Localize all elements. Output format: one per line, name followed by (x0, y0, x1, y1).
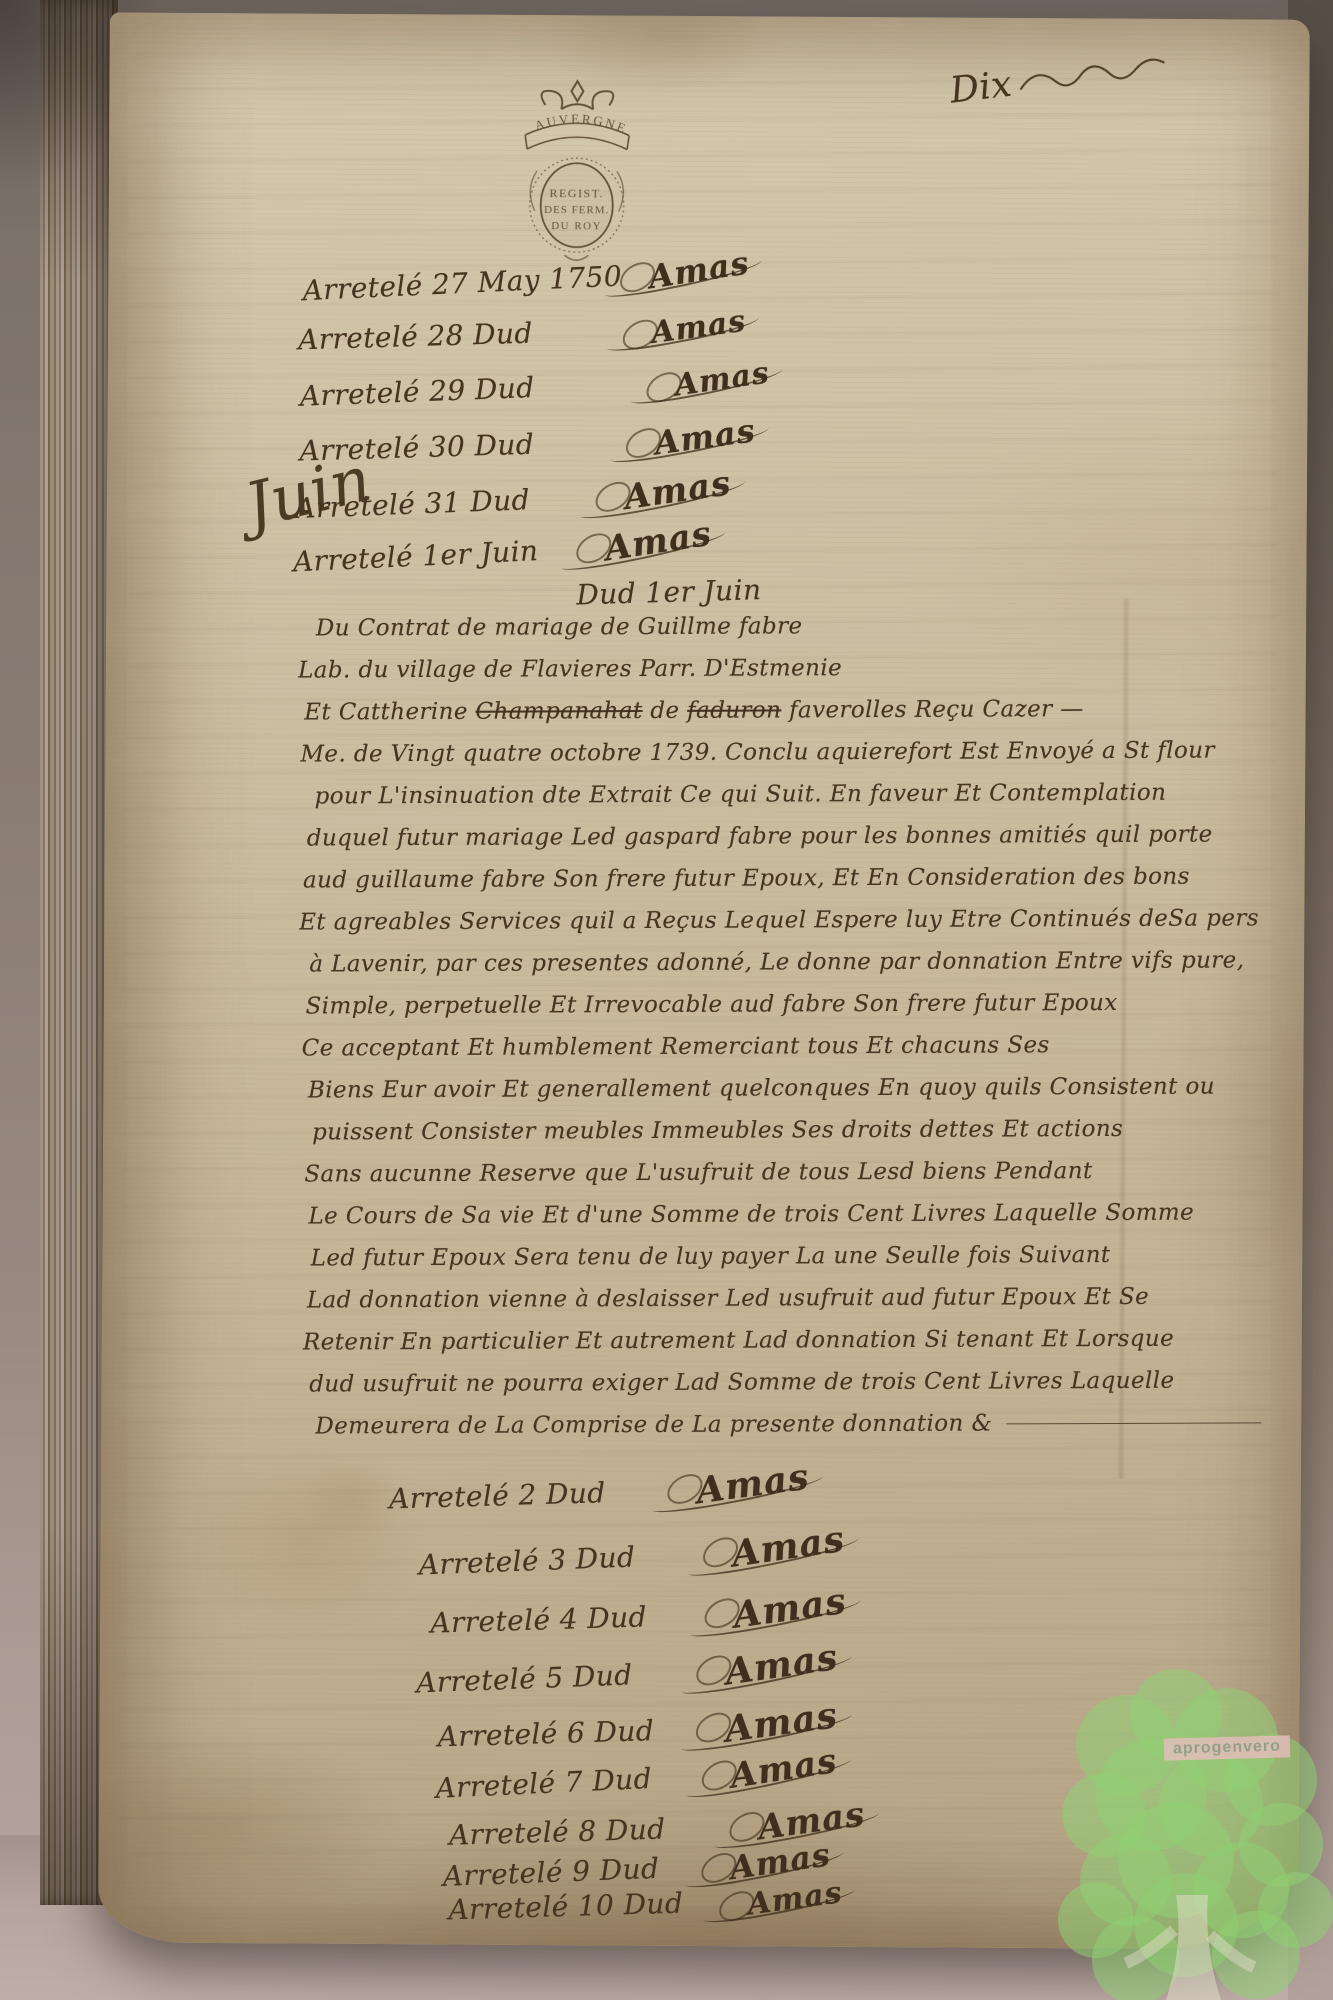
stamp-line2: DES FERM. (544, 204, 609, 216)
entry-text: Arretelé 8 Dud (449, 1812, 666, 1851)
entry-text: Arretelé 10 Dud (448, 1887, 684, 1927)
manuscript-line: Led futur Epoux Sera tenu de luy payer L… (311, 1242, 1061, 1287)
folio-annotation-word: Dix (948, 64, 1014, 112)
manuscript-line: puissent Consister meubles Immeubles Ses… (312, 1116, 1060, 1161)
signature: Amas (745, 1875, 844, 1922)
manuscript-line: Lab. du village de Flavieres Parr. D'Est… (298, 654, 1058, 699)
manuscript-line: Ce acceptant Et humblement Remerciant to… (302, 1032, 1060, 1077)
arrete-list-top: Arretelé 27 May 1750AmasArretelé 28 DudA… (110, 12, 1310, 19)
tree-watermark-icon (1056, 1655, 1333, 2000)
photo-backdrop: AUVERGNE REGIST. DES FERM. DU ROY Dix Ju… (0, 0, 1333, 2000)
entry-text: Arretelé 2 Dud (389, 1476, 606, 1515)
manuscript-line: duquel futur mariage Led gaspard fabre p… (307, 822, 1059, 867)
auvergne-control-stamp-icon: AUVERGNE REGIST. DES FERM. DU ROY (514, 79, 639, 278)
manuscript-line: pour L'insinuation dte Extrait Ce qui Su… (315, 780, 1059, 825)
signature: Amas (652, 411, 758, 462)
manuscript-line: Retenir En particulier Et autrement Lad … (303, 1326, 1061, 1371)
manuscript-line: Le Cours de Sa vie Et d'une Somme de tro… (308, 1200, 1060, 1245)
stamp-line1: REGIST. (549, 186, 604, 200)
manuscript-line: Demeurera de La Comprise de La presente … (315, 1410, 1061, 1455)
watermark-label: aprogenvero (1164, 1735, 1290, 1760)
manuscript-line: Lad donnation vienne à deslaisser Led us… (307, 1284, 1061, 1329)
arrete-list-bottom: Arretelé 2 DudAmasArretelé 3 DudAmasArre… (110, 12, 1310, 19)
entry-text: Arretelé 6 Dud (437, 1714, 654, 1753)
manuscript-line: aud guillaume fabre Son frere futur Epou… (303, 864, 1059, 909)
entry-text: Arretelé 28 Dud (298, 317, 534, 357)
manuscript-line: Et agreables Services quil a Reçus Leque… (299, 906, 1059, 951)
manuscript-line: Sans aucunne Reserve que L'usufruit de t… (304, 1158, 1060, 1203)
manuscript-line: Du Contrat de mariage de Guillme fabre (316, 612, 1058, 657)
entry-text: Arretelé 4 Dud (430, 1600, 647, 1639)
manuscript-line: Me. de Vingt quatre octobre 1739. Conclu… (300, 738, 1058, 783)
stamp-line3: DU ROY (551, 220, 602, 232)
entry-text: Arretelé 30 Dud (299, 428, 535, 468)
watermark: aprogenvero (1056, 1655, 1333, 2000)
marriage-contract-entry: Du Contrat de mariage de Guillme fabreLa… (298, 612, 1062, 1455)
stamp-banner-text: AUVERGNE (533, 111, 630, 137)
manuscript-line: Simple, perpetuelle Et Irrevocable aud f… (305, 990, 1059, 1035)
manuscript-line: à Lavenir, par ces presentes adonné, Le … (309, 948, 1059, 993)
centered-date-line: Dud 1er Juin (576, 573, 762, 611)
manuscript-line: Et Cattherine Champanahat de faduron fav… (304, 696, 1058, 741)
manuscript-line: dud usufruit ne pourra exiger Lad Somme … (309, 1368, 1061, 1413)
manuscript-line: Biens Eur avoir Et generallement quelcon… (308, 1074, 1060, 1119)
